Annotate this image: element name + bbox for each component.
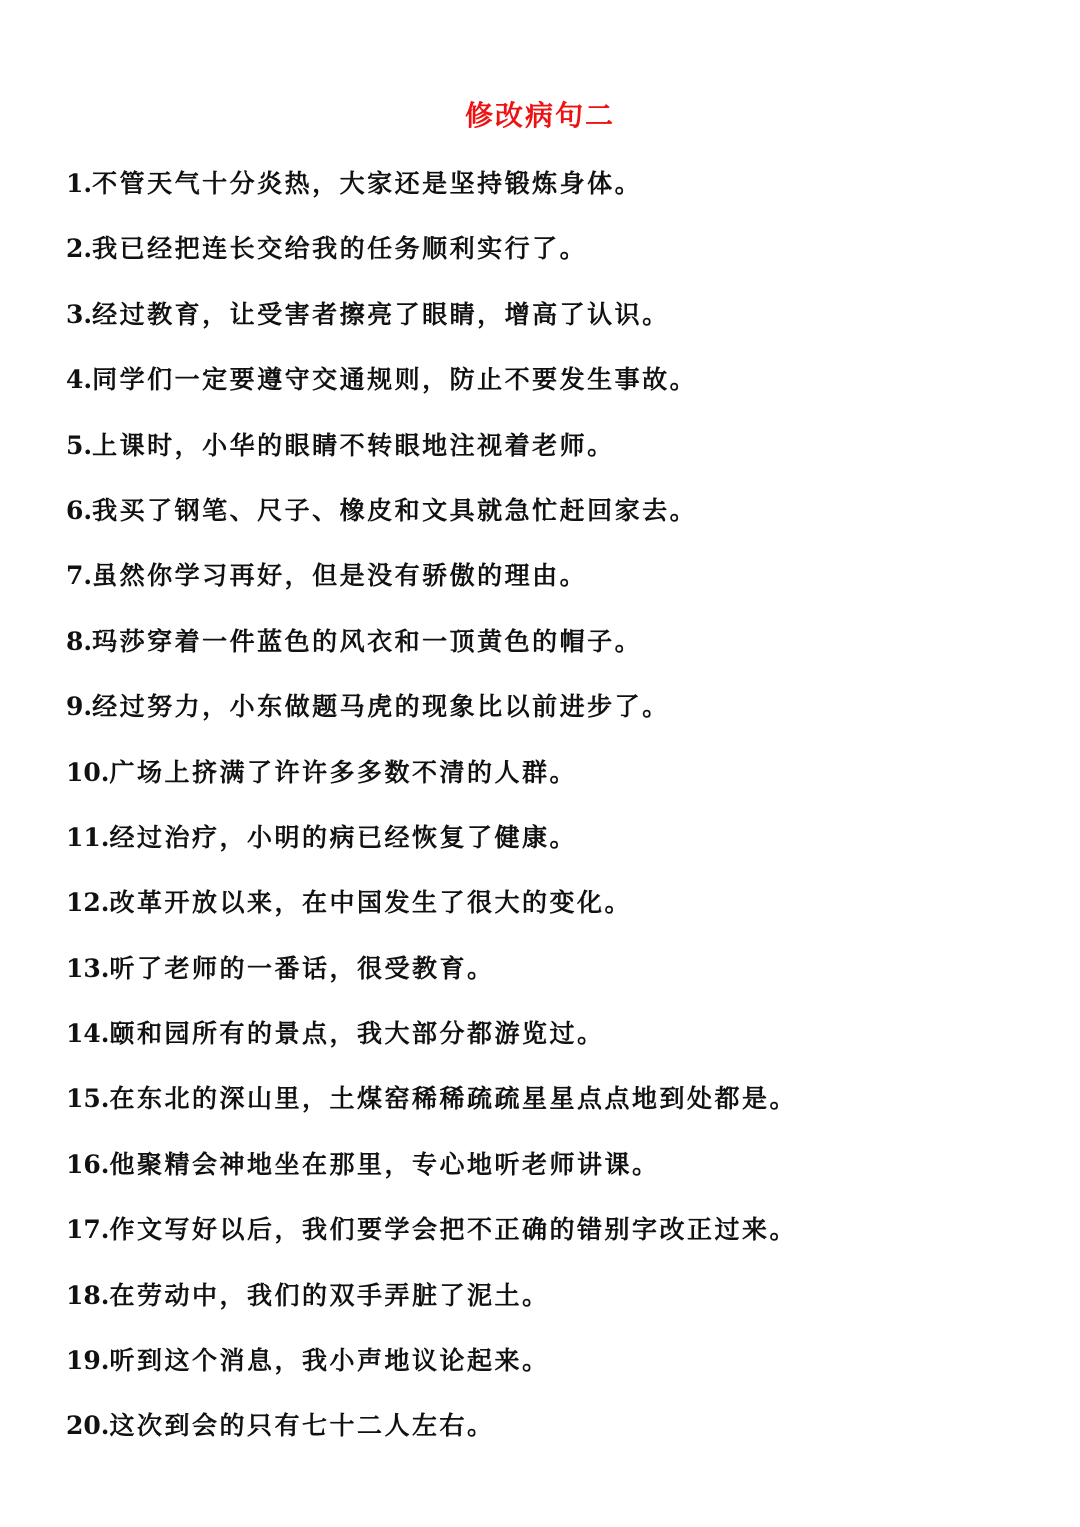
- list-item: 18.在劳动中，我们的双手弄脏了泥土。: [66, 1278, 797, 1343]
- item-text: 广场上挤满了许许多多数不清的人群。: [110, 758, 578, 787]
- item-number: 20.: [66, 1411, 110, 1440]
- item-text: 玛莎穿着一件蓝色的风衣和一顶黄色的帽子。: [92, 627, 642, 656]
- item-number: 7.: [66, 561, 92, 590]
- item-text: 颐和园所有的景点，我大部分都游览过。: [110, 1019, 605, 1048]
- item-number: 12.: [66, 888, 110, 917]
- item-text: 他聚精会神地坐在那里，专心地听老师讲课。: [110, 1150, 660, 1179]
- sentence-list: 1.不管天气十分炎热，大家还是坚持锻炼身体。 2.我已经把连长交给我的任务顺利实…: [66, 166, 797, 1474]
- list-item: 16.他聚精会神地坐在那里，专心地听老师讲课。: [66, 1147, 797, 1212]
- item-number: 14.: [66, 1019, 110, 1048]
- item-number: 9.: [66, 692, 92, 721]
- list-item: 20.这次到会的只有七十二人左右。: [66, 1408, 797, 1473]
- item-number: 13.: [66, 954, 110, 983]
- item-number: 11.: [66, 823, 110, 852]
- item-number: 1.: [66, 169, 92, 198]
- item-text: 这次到会的只有七十二人左右。: [110, 1411, 495, 1440]
- item-text: 我买了钢笔、尺子、橡皮和文具就急忙赶回家去。: [92, 496, 697, 525]
- item-number: 10.: [66, 758, 110, 787]
- list-item: 13.听了老师的一番话，很受教育。: [66, 951, 797, 1016]
- item-number: 17.: [66, 1215, 110, 1244]
- item-number: 5.: [66, 431, 92, 460]
- item-number: 16.: [66, 1150, 110, 1179]
- item-text: 不管天气十分炎热，大家还是坚持锻炼身体。: [92, 169, 642, 198]
- item-text: 听到这个消息，我小声地议论起来。: [110, 1346, 550, 1375]
- item-number: 19.: [66, 1346, 110, 1375]
- item-text: 经过治疗，小明的病已经恢复了健康。: [110, 823, 578, 852]
- list-item: 14.颐和园所有的景点，我大部分都游览过。: [66, 1016, 797, 1081]
- item-text: 经过努力，小东做题马虎的现象比以前进步了。: [92, 692, 670, 721]
- item-text: 虽然你学习再好，但是没有骄傲的理由。: [92, 561, 587, 590]
- list-item: 1.不管天气十分炎热，大家还是坚持锻炼身体。: [66, 166, 797, 231]
- item-text: 作文写好以后，我们要学会把不正确的错别字改正过来。: [110, 1215, 798, 1244]
- list-item: 19.听到这个消息，我小声地议论起来。: [66, 1343, 797, 1408]
- item-text: 经过教育，让受害者擦亮了眼睛，增高了认识。: [92, 300, 670, 329]
- list-item: 2.我已经把连长交给我的任务顺利实行了。: [66, 231, 797, 296]
- item-number: 15.: [66, 1084, 110, 1113]
- list-item: 5.上课时，小华的眼睛不转眼地注视着老师。: [66, 428, 797, 493]
- item-number: 8.: [66, 627, 92, 656]
- list-item: 8.玛莎穿着一件蓝色的风衣和一顶黄色的帽子。: [66, 624, 797, 689]
- list-item: 12.改革开放以来，在中国发生了很大的变化。: [66, 885, 797, 950]
- item-number: 2.: [66, 234, 92, 263]
- item-text: 在劳动中，我们的双手弄脏了泥土。: [110, 1281, 550, 1310]
- item-number: 3.: [66, 300, 92, 329]
- list-item: 15.在东北的深山里，土煤窑稀稀疏疏星星点点地到处都是。: [66, 1081, 797, 1146]
- list-item: 9.经过努力，小东做题马虎的现象比以前进步了。: [66, 689, 797, 754]
- list-item: 7.虽然你学习再好，但是没有骄傲的理由。: [66, 558, 797, 623]
- list-item: 10.广场上挤满了许许多多数不清的人群。: [66, 755, 797, 820]
- document-title: 修改病句二: [0, 96, 1080, 136]
- item-number: 4.: [66, 365, 92, 394]
- item-text: 我已经把连长交给我的任务顺利实行了。: [92, 234, 587, 263]
- list-item: 11.经过治疗，小明的病已经恢复了健康。: [66, 820, 797, 885]
- item-number: 6.: [66, 496, 92, 525]
- item-text: 改革开放以来，在中国发生了很大的变化。: [110, 888, 633, 917]
- list-item: 4.同学们一定要遵守交通规则，防止不要发生事故。: [66, 362, 797, 427]
- item-text: 听了老师的一番话，很受教育。: [110, 954, 495, 983]
- item-text: 上课时，小华的眼睛不转眼地注视着老师。: [92, 431, 615, 460]
- list-item: 3.经过教育，让受害者擦亮了眼睛，增高了认识。: [66, 297, 797, 362]
- item-number: 18.: [66, 1281, 110, 1310]
- item-text: 同学们一定要遵守交通规则，防止不要发生事故。: [92, 365, 697, 394]
- item-text: 在东北的深山里，土煤窑稀稀疏疏星星点点地到处都是。: [110, 1084, 798, 1113]
- list-item: 17.作文写好以后，我们要学会把不正确的错别字改正过来。: [66, 1212, 797, 1277]
- list-item: 6.我买了钢笔、尺子、橡皮和文具就急忙赶回家去。: [66, 493, 797, 558]
